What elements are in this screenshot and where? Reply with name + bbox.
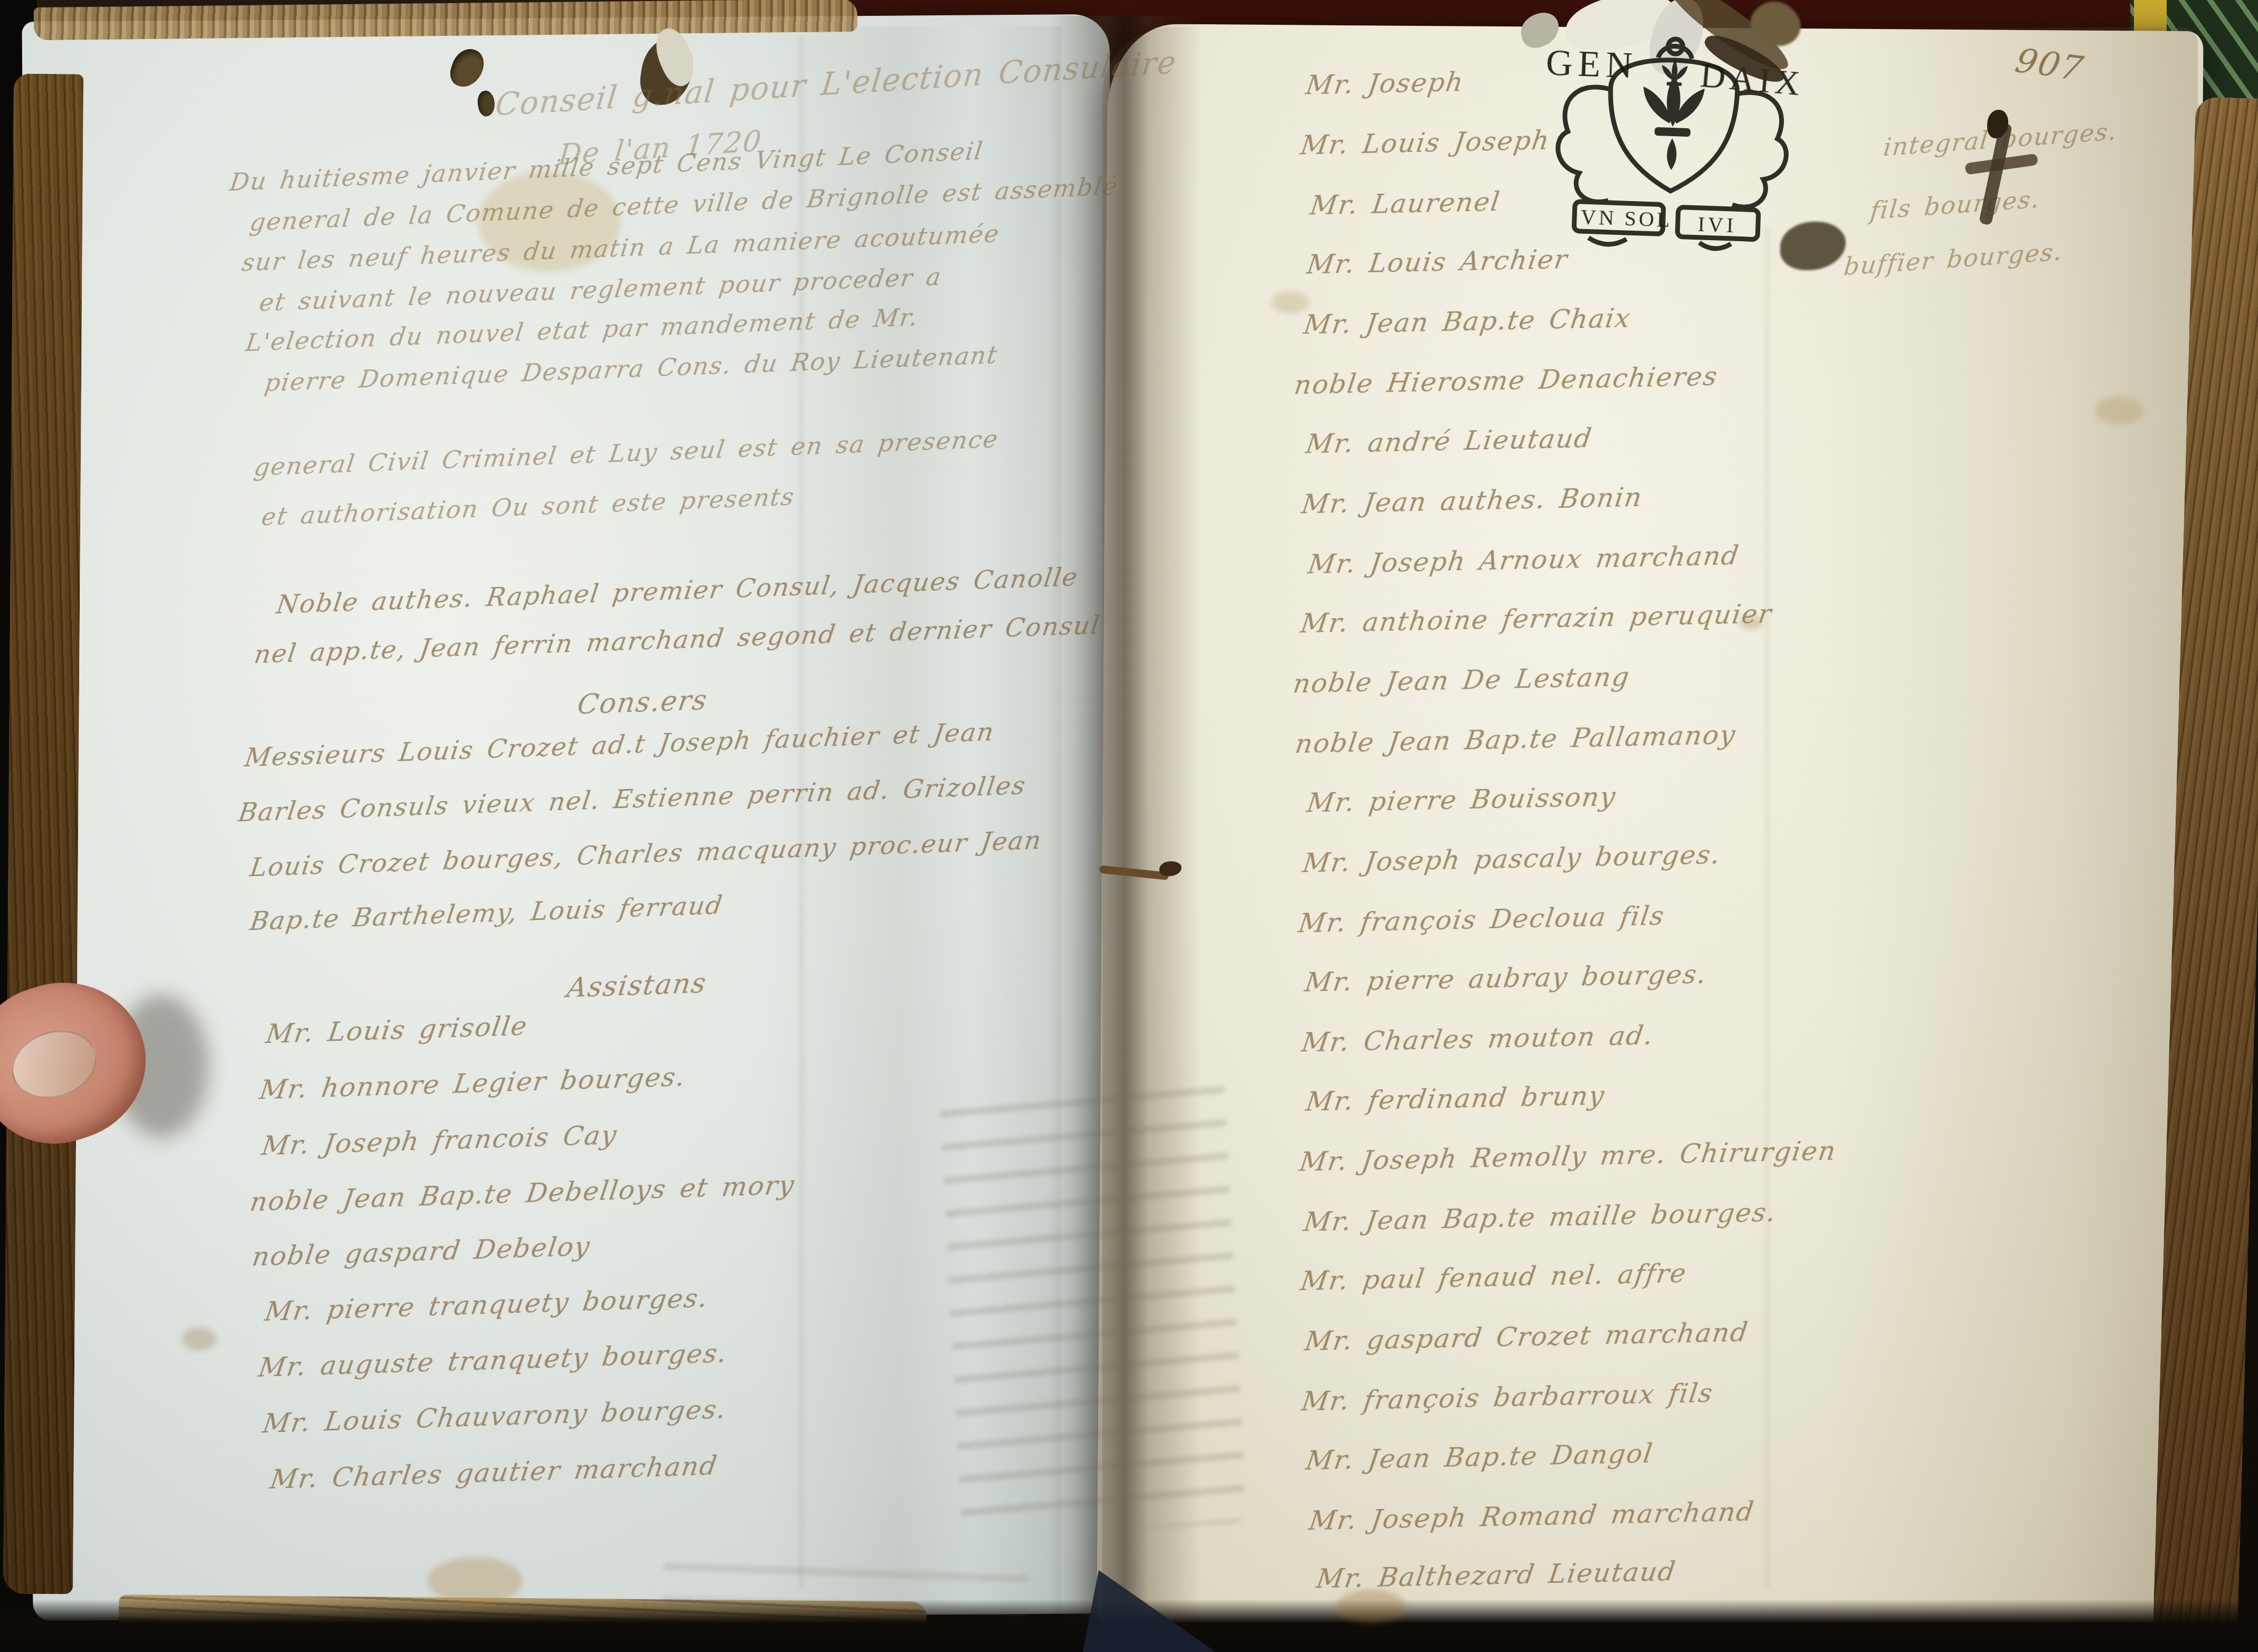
thumb-nail: [3, 1020, 106, 1109]
attendee-line: Mr. Laurenel: [1308, 186, 1503, 221]
show-through-text: [939, 1069, 1247, 1537]
fleur-de-lis-icon: [1641, 59, 1706, 171]
attendee-line: Mr. pierre Bouissony: [1305, 781, 1618, 818]
stamp-text-ivi: IVI: [1697, 212, 1737, 238]
stain: [1337, 1590, 1405, 1623]
attendee-line: Mr. andré Lieutaud: [1304, 422, 1594, 459]
stain: [428, 1557, 523, 1604]
section-heading: Assistans: [565, 967, 709, 1004]
attendee-line: Mr. Louis Joseph: [1299, 125, 1552, 160]
stain: [182, 1327, 216, 1351]
stamp-text-gen: GEN: [1545, 43, 1638, 87]
manuscript-photo: Conseil g.nal pour L'election Consulaire…: [0, 0, 2258, 1652]
section-heading: Cons.ers: [575, 684, 710, 720]
stain: [1740, 615, 1763, 630]
attendee-line: Mr. ferdinand bruny: [1304, 1080, 1607, 1117]
stamp-text-unsol: VN SOL: [1580, 205, 1673, 232]
left-page-edges: [3, 74, 83, 1594]
stain: [2095, 397, 2143, 424]
right-page-crease: [1766, 227, 1769, 1589]
stain: [1271, 291, 1309, 314]
page-number: 907: [2011, 42, 2087, 88]
attendee-line: Mr. Joseph: [1304, 67, 1466, 100]
